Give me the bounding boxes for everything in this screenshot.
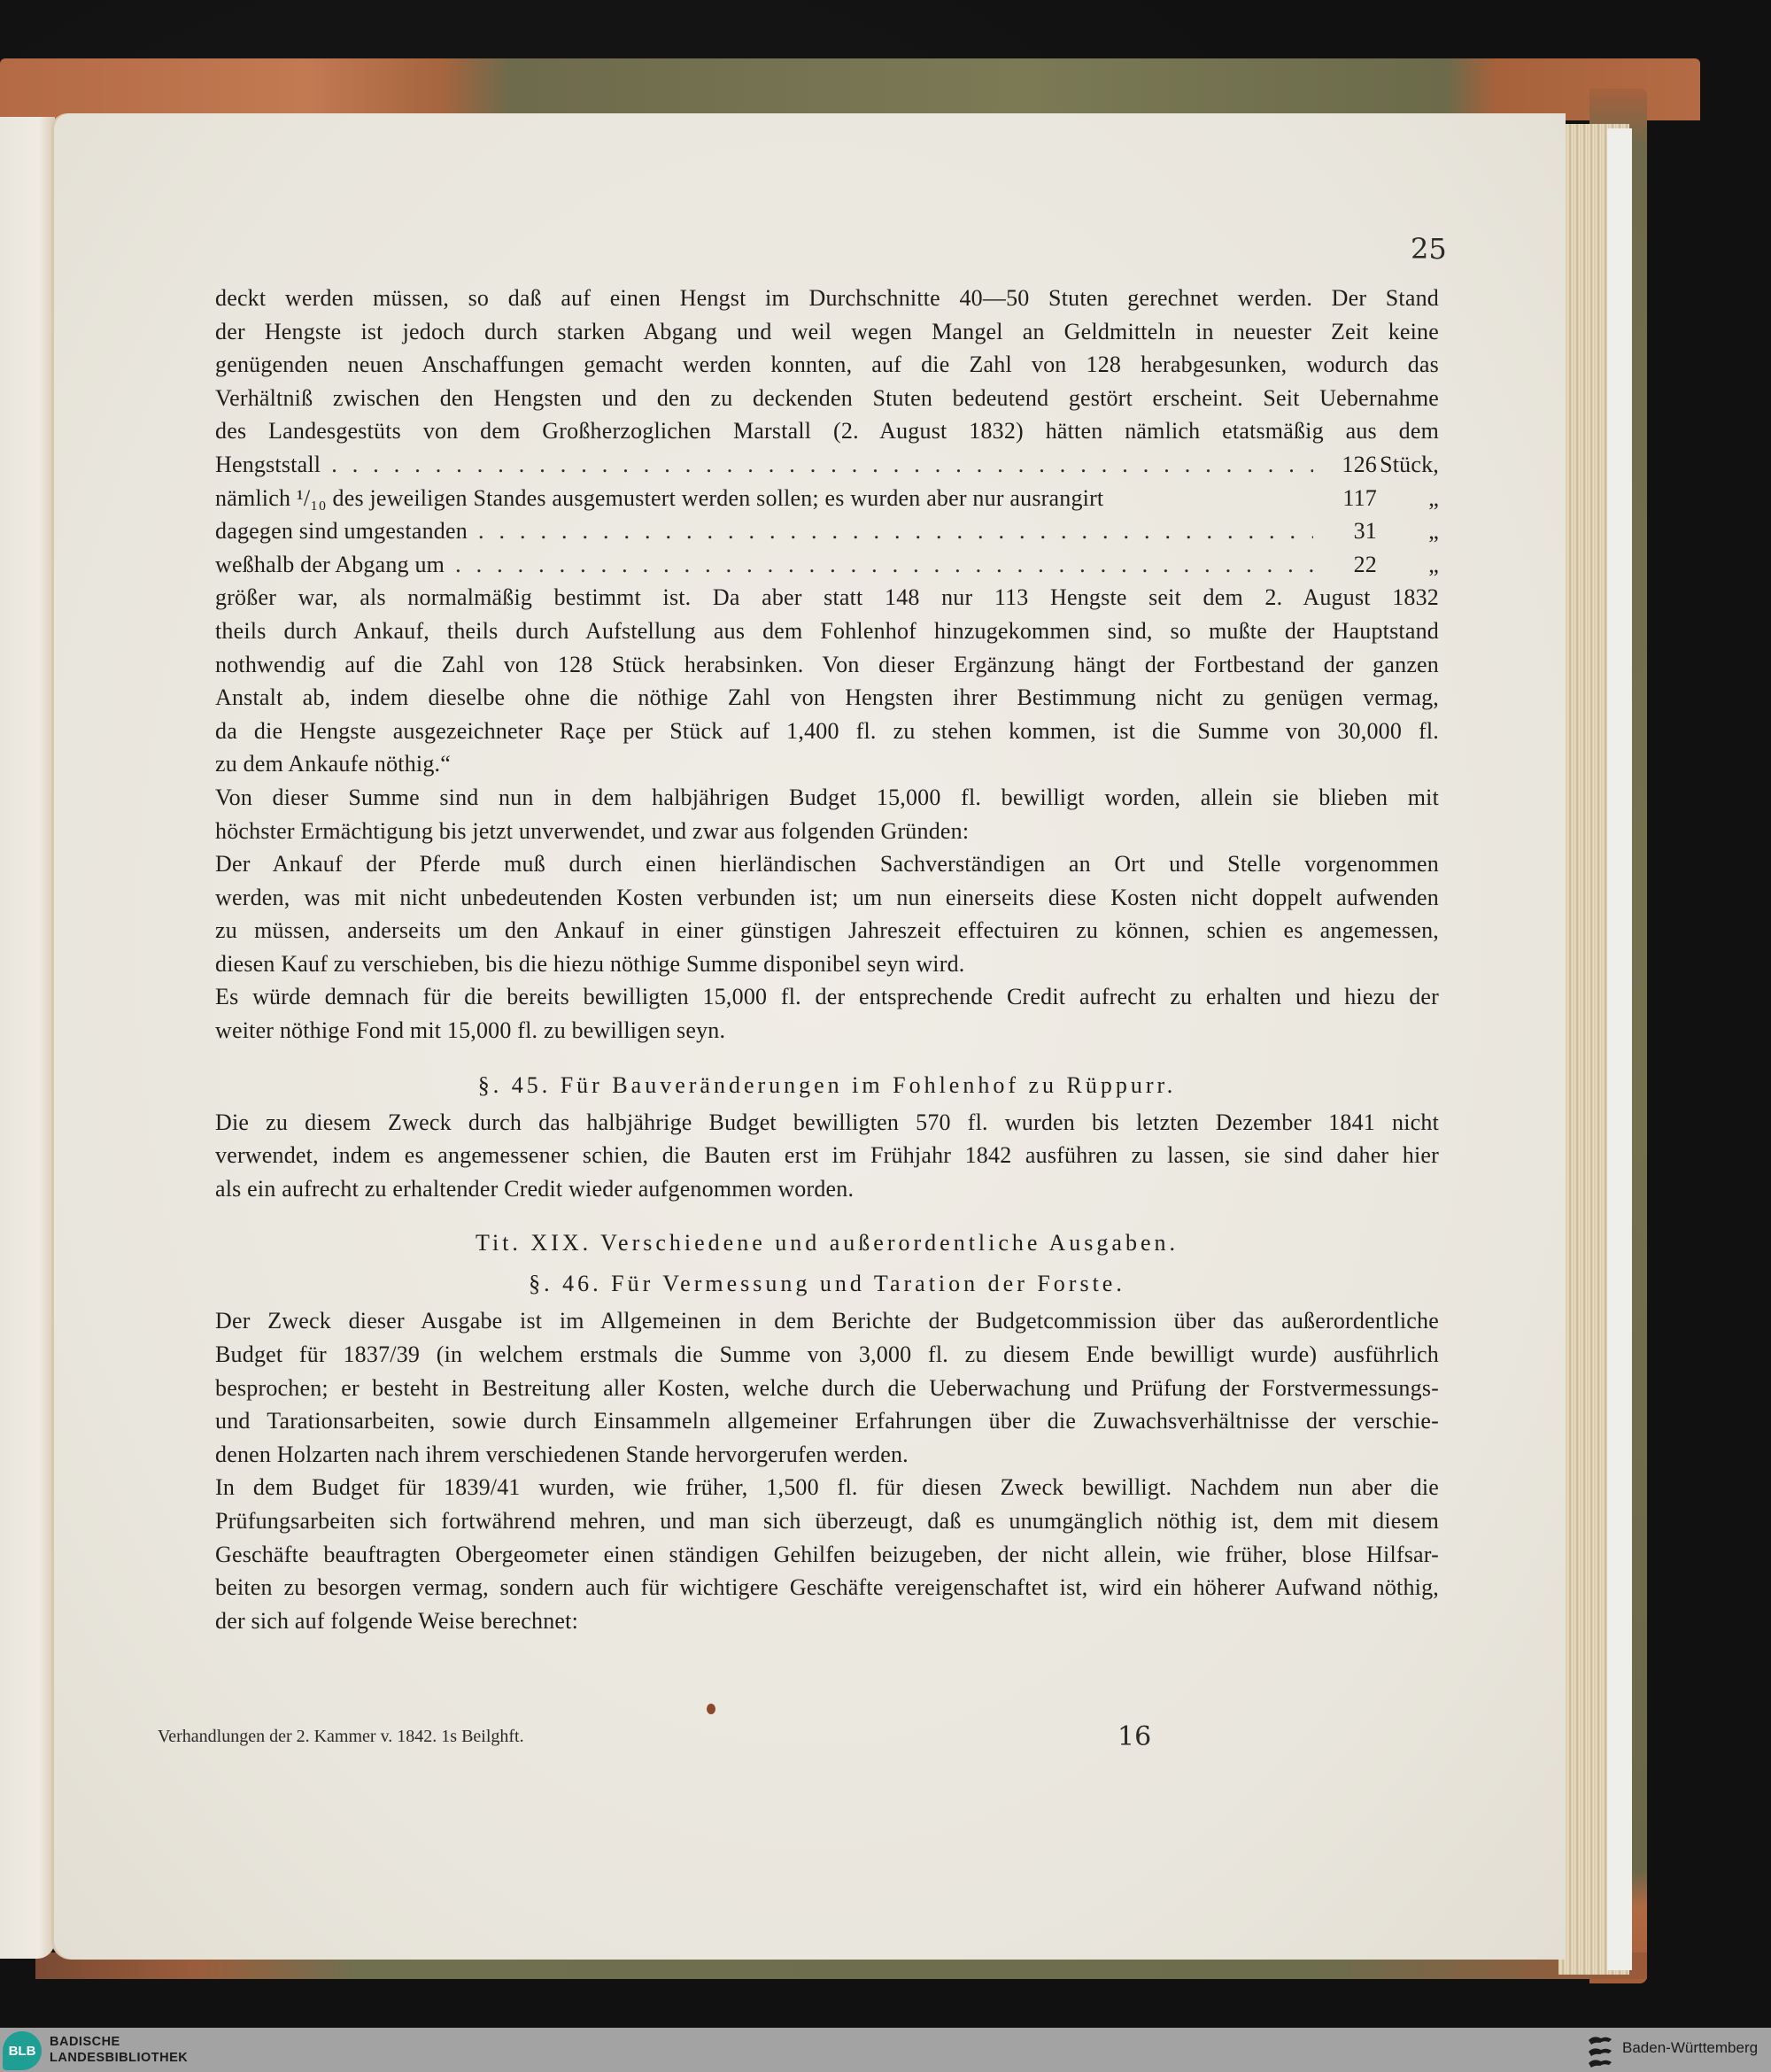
text-line: Prüfungsarbeiten sich fortwährend mehren… <box>215 1504 1439 1538</box>
section-heading-46: §. 46. Für Vermessung und Taration der F… <box>215 1264 1439 1304</box>
text-line: besprochen; er besteht in Bestreitung al… <box>215 1372 1439 1405</box>
row-label: Hengststall <box>215 448 321 482</box>
text-line: werden, was mit nicht unbedeutenden Kost… <box>215 881 1439 915</box>
row-value: 117 <box>1324 482 1377 515</box>
page-number: 25 <box>1411 232 1447 266</box>
row-value: 22 <box>1324 548 1377 582</box>
row-label: nämlich ¹/₁₀ des jeweiligen Standes ausg… <box>215 482 1103 515</box>
paragraph-7: Der Zweck dieser Ausgabe ist im Allgemei… <box>215 1304 1439 1471</box>
row-unit: „ <box>1377 514 1439 548</box>
library-name-line2: LANDESBIBLIOTHEK <box>50 2050 188 2066</box>
text-line: des Landesgestüts von dem Großherzoglich… <box>215 414 1439 448</box>
text-line: Verhältniß zwischen den Hengsten und den… <box>215 382 1439 415</box>
text-line: deckt werden müssen, so daß auf einen He… <box>215 282 1439 315</box>
state-name[interactable]: Baden-Württemberg <box>1622 2039 1758 2057</box>
text-line: da die Hengste ausgezeichneter Raçe per … <box>215 715 1439 748</box>
book-top-edge <box>0 58 1700 120</box>
row-value: 126 <box>1324 448 1377 482</box>
library-name[interactable]: BADISCHE LANDESBIBLIOTHEK <box>50 2034 188 2066</box>
text-line: diesen Kauf zu verschieben, bis die hiez… <box>215 947 1439 981</box>
table-row: Hengststall ............................… <box>215 448 1439 482</box>
text-line: Die zu diesem Zweck durch das halbjährig… <box>215 1106 1439 1140</box>
stallion-count-table: Hengststall ............................… <box>215 448 1439 581</box>
text-line: als ein aufrecht zu erhaltender Credit w… <box>215 1172 1439 1206</box>
library-footer-bar: BLB BADISCHE LANDESBIBLIOTHEK Baden-Würt… <box>0 2028 1771 2072</box>
dot-leader: ........................................… <box>455 548 1313 582</box>
spacer <box>215 1205 1439 1223</box>
ink-stain <box>707 1704 715 1714</box>
row-unit: „ <box>1377 482 1439 515</box>
text-line: zu dem Ankaufe nöthig.“ <box>215 747 1439 781</box>
text-line: beiten zu besorgen vermag, sondern auch … <box>215 1571 1439 1604</box>
text-line: weiter nöthige Fond mit 15,000 fl. zu be… <box>215 1014 1439 1048</box>
table-row: dagegen sind umgestanden ...............… <box>215 514 1439 548</box>
table-row: weßhalb der Abgang um ..................… <box>215 548 1439 582</box>
text-line: Von dieser Summe sind nun in dem halbjäh… <box>215 781 1439 815</box>
three-lions-coat-of-arms-icon[interactable] <box>1585 2033 1617 2068</box>
text-line: Budget für 1837/39 (in welchem erstmals … <box>215 1338 1439 1372</box>
paragraph-8: In dem Budget für 1839/41 wurden, wie fr… <box>215 1471 1439 1637</box>
dot-leader <box>1114 482 1313 515</box>
text-line: Der Ankauf der Pferde muß durch einen hi… <box>215 847 1439 881</box>
row-label: weßhalb der Abgang um <box>215 548 445 582</box>
table-row: nämlich ¹/₁₀ des jeweiligen Standes ausg… <box>215 482 1439 515</box>
facing-page-sliver <box>0 117 55 1959</box>
page-stack-edge <box>1558 124 1629 1975</box>
section-heading-45: §. 45. Für Bauveränderungen im Fohlenhof… <box>215 1065 1439 1106</box>
blb-logo-icon[interactable]: BLB <box>3 2031 42 2070</box>
text-line: höchster Ermächtigung bis jetzt unverwen… <box>215 815 1439 848</box>
row-unit: „ <box>1377 548 1439 582</box>
spacer <box>215 1048 1439 1065</box>
paragraph-5: Es würde demnach für die bereits bewilli… <box>215 980 1439 1047</box>
paragraph-1: deckt werden müssen, so daß auf einen He… <box>215 282 1439 448</box>
text-line: Anstalt ab, indem dieselbe ohne die nöth… <box>215 681 1439 715</box>
text-line: Der Zweck dieser Ausgabe ist im Allgemei… <box>215 1304 1439 1338</box>
paragraph-4: Der Ankauf der Pferde muß durch einen hi… <box>215 847 1439 980</box>
text-line: verwendet, indem es angemessener schien,… <box>215 1139 1439 1172</box>
text-line: genügenden neuen Anschaffungen gemacht w… <box>215 348 1439 382</box>
text-line: zu müssen, anderseits um den Ankauf in e… <box>215 914 1439 947</box>
text-line: Es würde demnach für die bereits bewilli… <box>215 980 1439 1014</box>
title-heading-xix: Tit. XIX. Verschiedene und außerordentli… <box>215 1223 1439 1264</box>
paper-strip <box>1607 128 1632 1970</box>
row-label: dagegen sind umgestanden <box>215 514 468 548</box>
library-name-line1: BADISCHE <box>50 2034 188 2050</box>
text-line: In dem Budget für 1839/41 wurden, wie fr… <box>215 1471 1439 1504</box>
paragraph-6: Die zu diesem Zweck durch das halbjährig… <box>215 1106 1439 1206</box>
paragraph-3: Von dieser Summe sind nun in dem halbjäh… <box>215 781 1439 847</box>
row-unit: Stück, <box>1377 448 1439 482</box>
dot-leader: ........................................… <box>331 448 1313 482</box>
text-line: der Hengste ist jedoch durch starken Abg… <box>215 315 1439 349</box>
signature-line: Verhandlungen der 2. Kammer v. 1842. 1s … <box>158 1727 524 1747</box>
dot-leader: ........................................… <box>478 514 1313 548</box>
text-line: Geschäfte beauftragten Obergeometer eine… <box>215 1538 1439 1572</box>
row-value: 31 <box>1324 514 1377 548</box>
text-line: der sich auf folgende Weise berechnet: <box>215 1604 1439 1638</box>
text-line: größer war, als normalmäßig bestimmt ist… <box>215 581 1439 615</box>
sheet-number: 16 <box>1118 1721 1151 1752</box>
text-line: nothwendig auf die Zahl von 128 Stück he… <box>215 648 1439 682</box>
text-line: denen Holzarten nach ihrem verschiedenen… <box>215 1438 1439 1472</box>
text-line: und Tarationsarbeiten, sowie durch Einsa… <box>215 1404 1439 1438</box>
page-body: deckt werden müssen, so daß auf einen He… <box>215 282 1439 1637</box>
text-line: theils durch Ankauf, theils durch Aufste… <box>215 615 1439 648</box>
paragraph-2: größer war, als normalmäßig bestimmt ist… <box>215 581 1439 781</box>
